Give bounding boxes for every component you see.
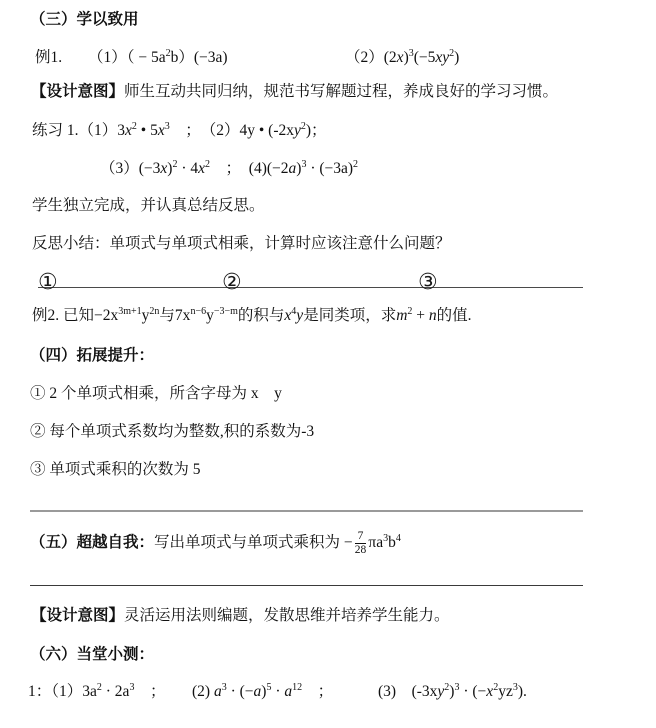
document-page: （三）学以致用 例1. （1）（ − 5a2b）(−3a) （2）(2x)3(−… bbox=[0, 0, 656, 728]
circled-number-1: ① bbox=[38, 272, 58, 294]
quiz-part-2: (2) a3 · (−a)5 · a12 ； bbox=[192, 682, 333, 701]
expand-item-1: ① 2 个单项式相乘，所含字母为 x y bbox=[30, 384, 282, 403]
expand-item-3: ③ 单项式乘积的次数为 5 bbox=[30, 460, 201, 479]
design-note-1: 【设计意图】师生互动共同归纳，规范书写解题过程，养成良好的学习习惯。 bbox=[31, 82, 558, 101]
section-apply-title: （三）学以致用 bbox=[30, 10, 139, 29]
answer-blank-line: ① ② ③ bbox=[38, 264, 583, 288]
example1-item2: （2）(2x)3(−5xy2) bbox=[345, 48, 459, 67]
design-note-2: 【设计意图】灵活运用法则编题，发散思维并培养学生能力。 bbox=[31, 606, 450, 625]
students-note: 学生独立完成，并认真总结反思。 bbox=[32, 196, 265, 215]
quiz-part-1: 1：（1）3a2 · 2a3 ； bbox=[28, 682, 165, 701]
reflect-prompt: 反思小结：单项式与单项式相乘，计算时应该注意什么问题？ bbox=[32, 234, 451, 253]
section-quiz-title: （六）当堂小测： bbox=[30, 645, 154, 664]
example1-item1: （1）（ − 5a2b）(−3a) bbox=[88, 48, 228, 67]
example1-label: 例1. bbox=[35, 48, 62, 67]
practice-line-2: （3）(−3x)2 · 4x2 ； (4)(−2a)3 · (−3a)2 bbox=[100, 159, 358, 178]
expand-item-2: ② 每个单项式系数均为整数,积的系数为-3 bbox=[30, 422, 314, 441]
example2-line: 例2. 已知−2x3m+1y2n与7xn−6y−3−m的积与x4y是同类项，求m… bbox=[32, 306, 472, 325]
quiz-part-3: (3) (-3xy2)3 · (−x2yz3). bbox=[378, 682, 527, 701]
circled-number-2: ② bbox=[222, 272, 242, 294]
section-beyond-line: （五）超越自我：写出单项式与单项式乘积为 −728πa3b4 bbox=[30, 530, 401, 557]
divider-rule-bottom bbox=[30, 585, 583, 586]
divider-rule-top bbox=[30, 510, 583, 512]
practice-line-1: 练习 1.（1）3x2 • 5x3 ； （2）4y • (-2xy2)； bbox=[32, 121, 327, 140]
circled-number-3: ③ bbox=[418, 272, 438, 294]
section-expand-title: （四）拓展提升： bbox=[30, 346, 154, 365]
